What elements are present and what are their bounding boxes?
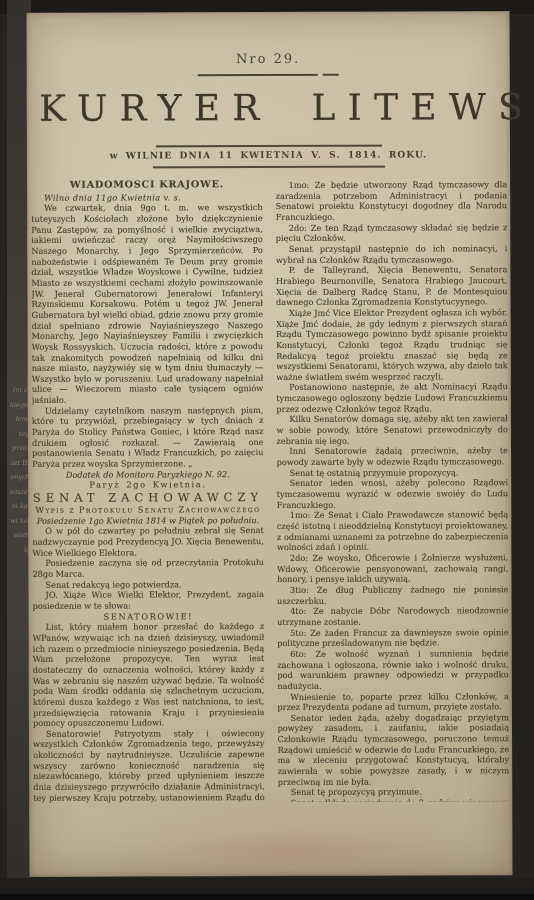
rule-dash	[323, 74, 339, 76]
spine-text-fragment: wisze-	[8, 485, 30, 500]
article-columns: WIADOMOSCI KRAJOWE.Wilno dnia 11go Kwiet…	[27, 167, 512, 803]
paragraph: Dodatek do Monitora Paryzkiego N. 92.	[32, 469, 264, 480]
paragraph: 6to: Ze wolność wyznań i sumnienia będzi…	[277, 648, 509, 691]
newspaper-title: KURYER LITEWSKI	[27, 87, 510, 130]
paragraph: 3tio: Ze dług Publiczny żadnego nie poni…	[277, 584, 509, 606]
spine-text-fragment: łem,	[8, 412, 30, 427]
paragraph: Senat tę ostatnią przyymuie propozycyą.	[277, 467, 509, 478]
spine-text-fragment: przez	[8, 441, 30, 456]
left-column: WIADOMOSCI KRAJOWE.Wilno dnia 11go Kwiet…	[31, 180, 265, 803]
paragraph: P. de Talleyrand, Xięcia Benewentu, Sena…	[276, 264, 508, 307]
paragraph: Senator ieden żąda, ażeby dogadzaiąc prz…	[277, 712, 509, 787]
paragraph: Udzielamy czytelnikom naszym następnych …	[32, 405, 264, 470]
paragraph: We czwartek, dnia 9go t. m. we wszystkic…	[31, 202, 263, 405]
paragraph: Wypis z Protokułu Senatu Zachowawczego	[32, 504, 264, 515]
paragraph: Senat odkłada posiedzenie do 9 godziny w…	[278, 797, 510, 802]
spine-text-fragment: wi ko-	[8, 514, 30, 529]
paragraph: Senator ieden wnosi, ażeby polecono Rząd…	[277, 478, 509, 511]
paragraph: 1mo: Ze Senat i Ciało Prawodawcze stanow…	[277, 510, 509, 553]
rule-line	[198, 74, 318, 76]
paragraph: SENAT ZACHOWAWCZY	[32, 490, 264, 505]
paragraph: Senatorowie! Patryotyzm stały i oświecon…	[33, 728, 265, 803]
paragraph: SENATOROWIE!	[33, 611, 265, 622]
paragraph: Senat przystąpił następnie do ich nomina…	[276, 243, 508, 265]
issue-number: Nro 29.	[27, 51, 510, 68]
paragraph: Wniesienie to, poparte przez kilku Człon…	[277, 691, 509, 713]
paragraph: Paryż 2go Kwietnia.	[32, 479, 264, 490]
paragraph: 2do: Ze woysko, Oficerowie i Żołnierze w…	[277, 552, 509, 585]
paragraph: Senat redakcyą iego potwierdza.	[32, 579, 264, 590]
paragraph: O w pół do czwartey po południu zebrał s…	[32, 525, 264, 558]
spine-text-fragment: kiego,	[8, 398, 30, 413]
paragraph: List, który miałem honor przesłać do każ…	[33, 621, 265, 728]
paragraph: Xiąże Jmć Vice Elektor Prezydent ogłasza…	[276, 307, 508, 382]
paragraph: 4to: Ze nabycie Dóbr Narodowych nieodzow…	[277, 605, 509, 627]
paragraph: JO. Xiąże Wice Wielki Elektor, Prezydent…	[33, 589, 265, 611]
paragraph: Posiedzenie zaczyna się od przeczytania …	[32, 557, 264, 579]
paragraph: Kilku Senatorów domaga się, ażeby akt te…	[276, 414, 508, 447]
spine-text-fragment: tey,	[8, 427, 30, 442]
spine-text-fragment: onych	[8, 470, 30, 485]
paragraph: 2do: Ze ten Rząd tymczasowy składać się …	[276, 222, 508, 244]
paragraph: Senat tę propozycyą przyimuie.	[278, 787, 510, 798]
paper-stain	[169, 832, 409, 867]
spine-text-fragment: m ka-	[8, 499, 30, 514]
newspaper-page: Nro 29. KURYER LITEWSKI w WILNIE DNIA 11…	[26, 11, 512, 877]
paragraph: Posiedzenie 1go Kwietnia 1814 w Piątek p…	[32, 515, 264, 526]
issue-rule	[27, 73, 510, 77]
paragraph: 5to: Ze żaden Francuz za dawnieysze swoi…	[277, 627, 509, 649]
right-column: 1mo: Ze będzie utworzony Rząd tymczasowy…	[276, 179, 510, 802]
paragraph: Postanowiono następnie, że akt Nominacyi…	[276, 382, 508, 415]
spine-text-fragment: (m c)	[8, 383, 30, 398]
spine-text-fragment: ią	[8, 543, 30, 558]
spine-text-fragment: wiet-	[8, 528, 30, 543]
scan-backdrop-edge	[0, 894, 534, 900]
paragraph: Wilno dnia 11go Kwietnia v. s.	[31, 192, 263, 203]
paragraph: Inni Senatorowie żądaią przeciwnie, ażeb…	[277, 446, 509, 468]
spine-text-fragment: zet IP.	[8, 456, 30, 471]
spine-text-fragments: (m c)kiego,łem,tey,przezzet IP.onychwisz…	[8, 383, 30, 557]
